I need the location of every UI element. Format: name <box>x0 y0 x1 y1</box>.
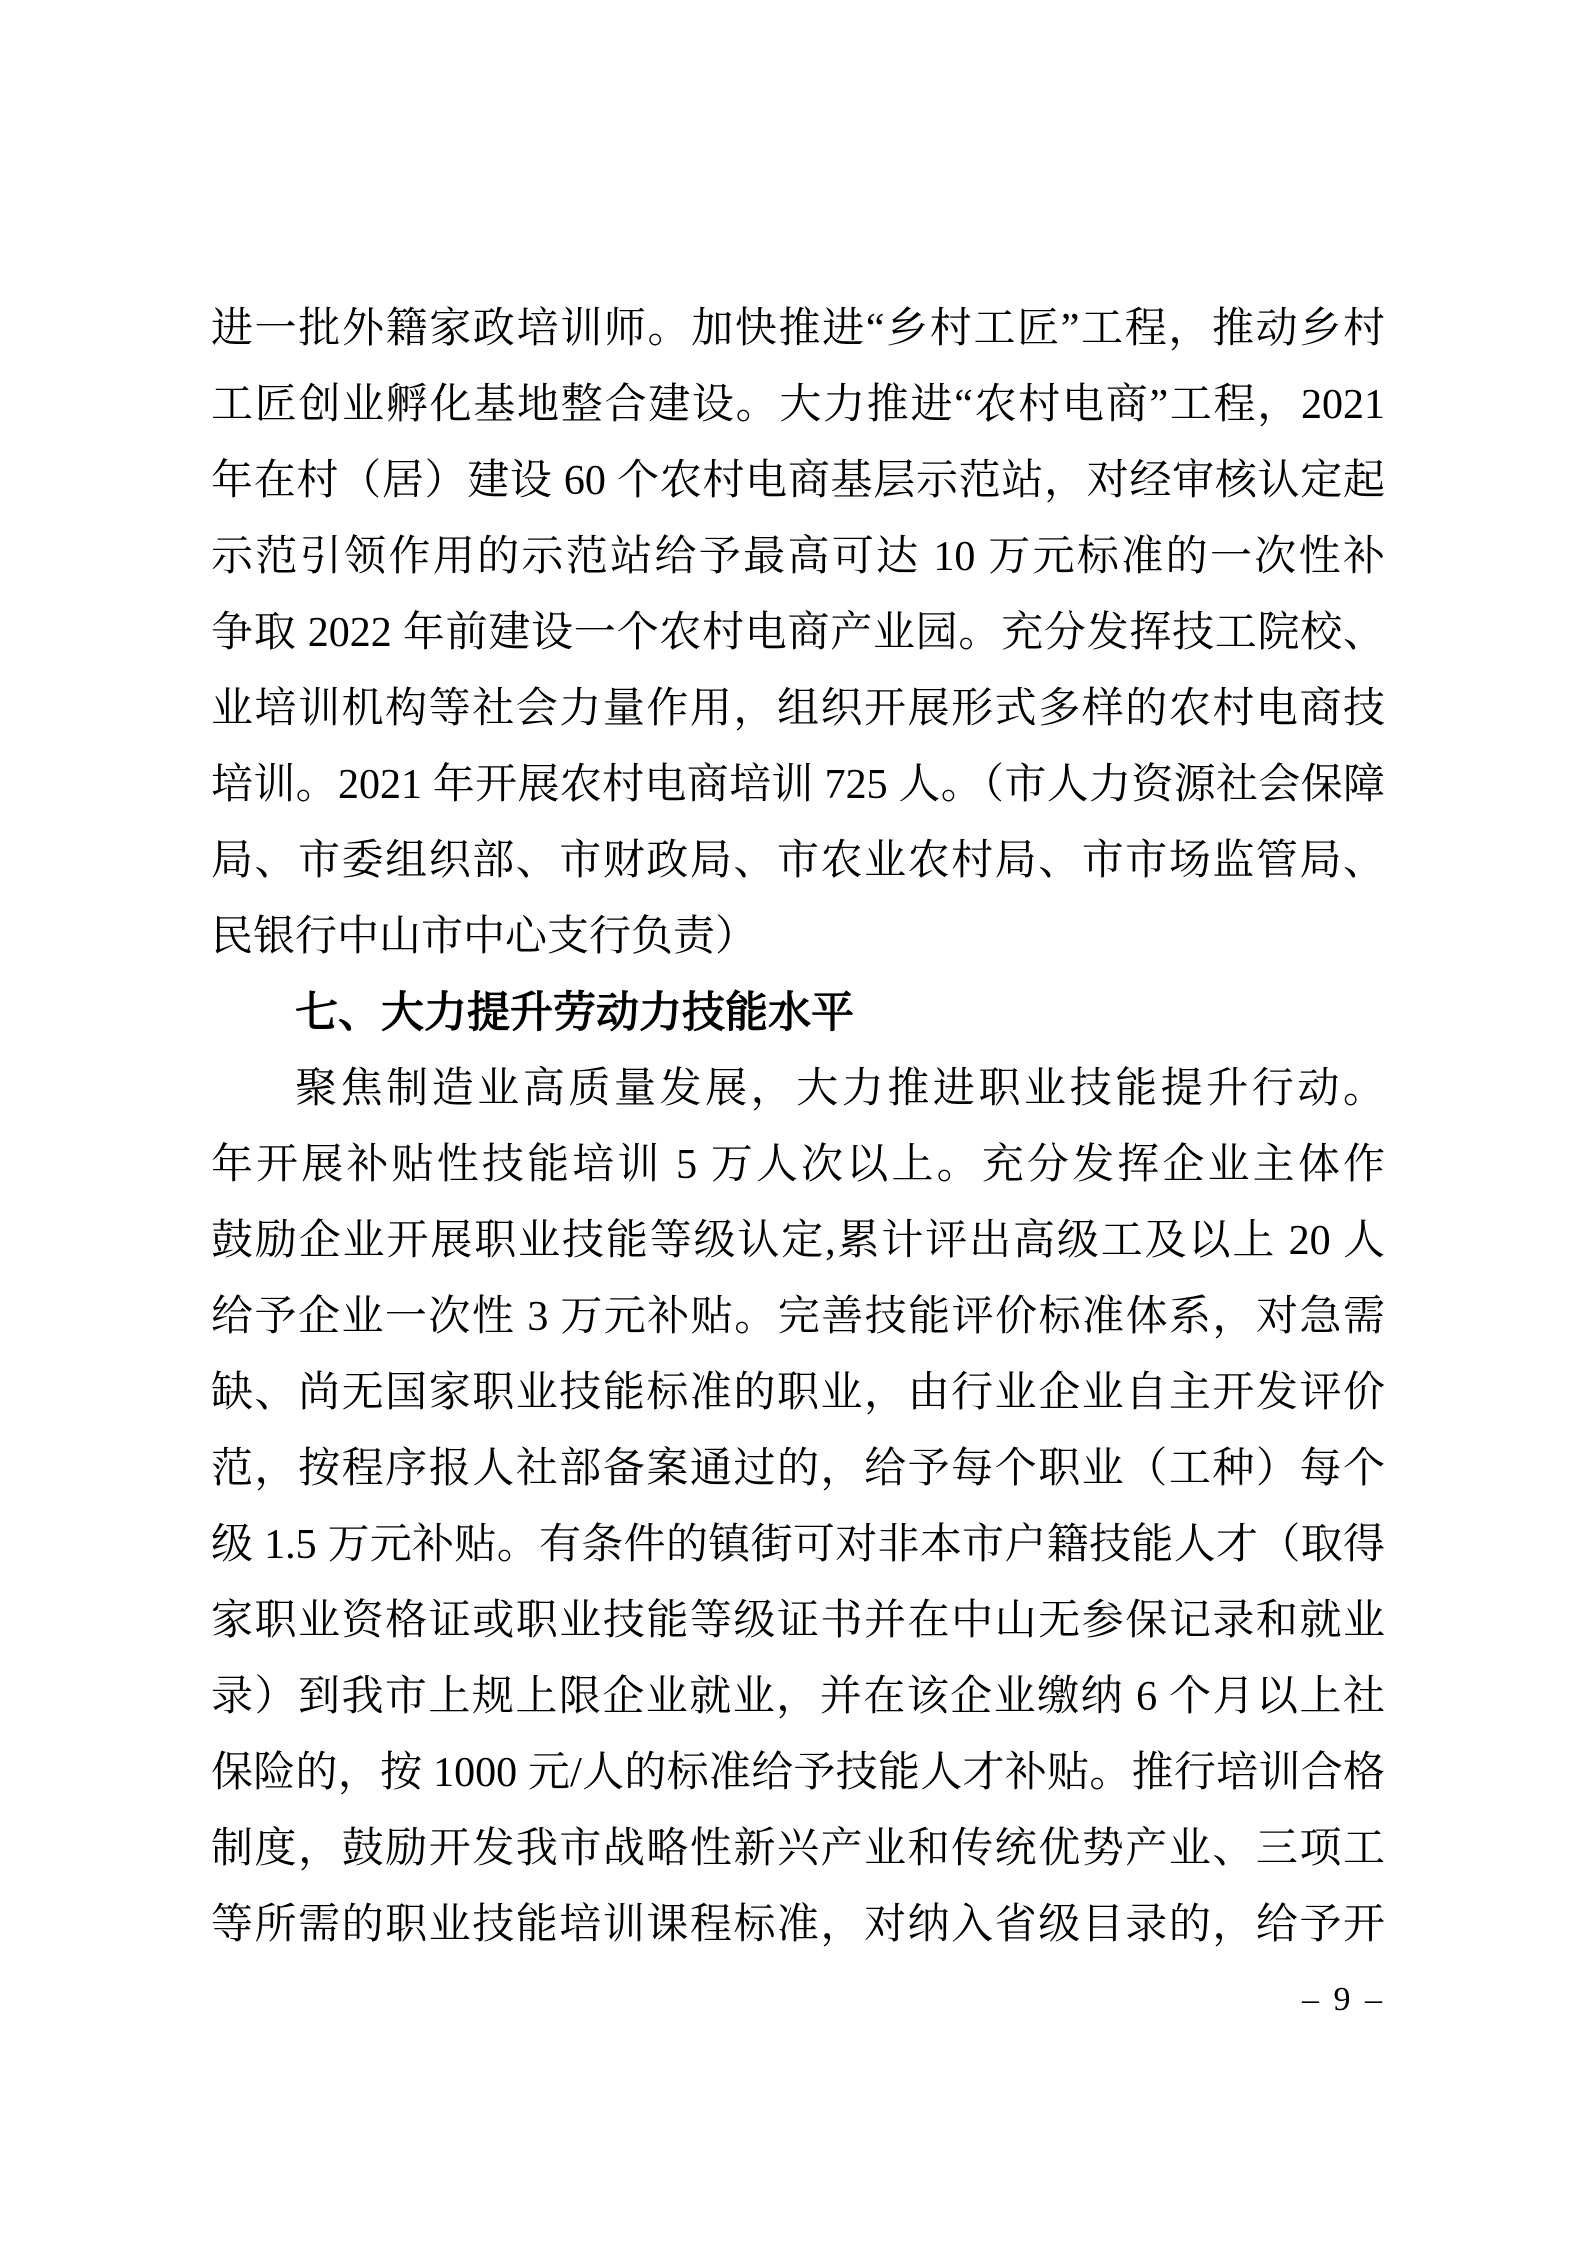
body-line: 示范引领作用的示范站给予最高可达 10 万元标准的一次性补助。 <box>211 519 1385 595</box>
body-line: 工匠创业孵化基地整合建设。大力推进“农村电商”工程，2021 <box>211 367 1385 443</box>
body-line: 级 1.5 万元补贴。有条件的镇街可对非本市户籍技能人才（取得国 <box>211 1507 1385 1583</box>
body-line: 业培训机构等社会力量作用，组织开展形式多样的农村电商技能 <box>211 671 1385 747</box>
body-line: 鼓励企业开展职业技能等级认定,累计评出高级工及以上 20 人的， <box>211 1203 1385 1279</box>
body-line: 录）到我市上规上限企业就业，并在该企业缴纳 6 个月以上社会 <box>211 1659 1385 1735</box>
body-line: 等所需的职业技能培训课程标准，对纳入省级目录的，给予开发 <box>211 1887 1385 1963</box>
body-line: 制度，鼓励开发我市战略性新兴产业和传统优势产业、三项工程 <box>211 1811 1385 1887</box>
body-line: 给予企业一次性 3 万元补贴。完善技能评价标准体系，对急需紧 <box>211 1279 1385 1355</box>
body-line: 家职业资格证或职业技能等级证书并在中山无参保记录和就业记 <box>211 1583 1385 1659</box>
body-line: 年在村（居）建设 60 个农村电商基层示范站，对经审核认定起到 <box>211 443 1385 519</box>
document-page: 进一批外籍家政培训师。加快推进“乡村工匠”工程，推动乡村 工匠创业孵化基地整合建… <box>0 0 1587 2245</box>
body-line: 聚焦制造业高质量发展，大力推进职业技能提升行动。2021 <box>211 1051 1385 1127</box>
body-line: 培训。2021 年开展农村电商培训 725 人。（市人力资源社会保障 <box>211 747 1385 823</box>
body-line: 争取 2022 年前建设一个农村电商产业园。充分发挥技工院校、职 <box>211 595 1385 671</box>
body-line: 民银行中山市中心支行负责） <box>211 899 1385 975</box>
body-line: 年开展补贴性技能培训 5 万人次以上。充分发挥企业主体作用， <box>211 1127 1385 1203</box>
body-line: 进一批外籍家政培训师。加快推进“乡村工匠”工程，推动乡村 <box>211 291 1385 367</box>
page-number: – 9 – <box>1302 1975 1385 2025</box>
body-line: 保险的，按 1000 元/人的标准给予技能人才补贴。推行培训合格证 <box>211 1735 1385 1811</box>
section-heading: 七、大力提升劳动力技能水平 <box>211 975 1385 1051</box>
body-line: 缺、尚无国家职业技能标准的职业，由行业企业自主开发评价规 <box>211 1355 1385 1431</box>
body-line: 范，按程序报人社部备案通过的，给予每个职业（工种）每个等 <box>211 1431 1385 1507</box>
body-line: 局、市委组织部、市财政局、市农业农村局、市市场监管局、人 <box>211 823 1385 899</box>
document-body: 进一批外籍家政培训师。加快推进“乡村工匠”工程，推动乡村 工匠创业孵化基地整合建… <box>211 291 1385 1963</box>
